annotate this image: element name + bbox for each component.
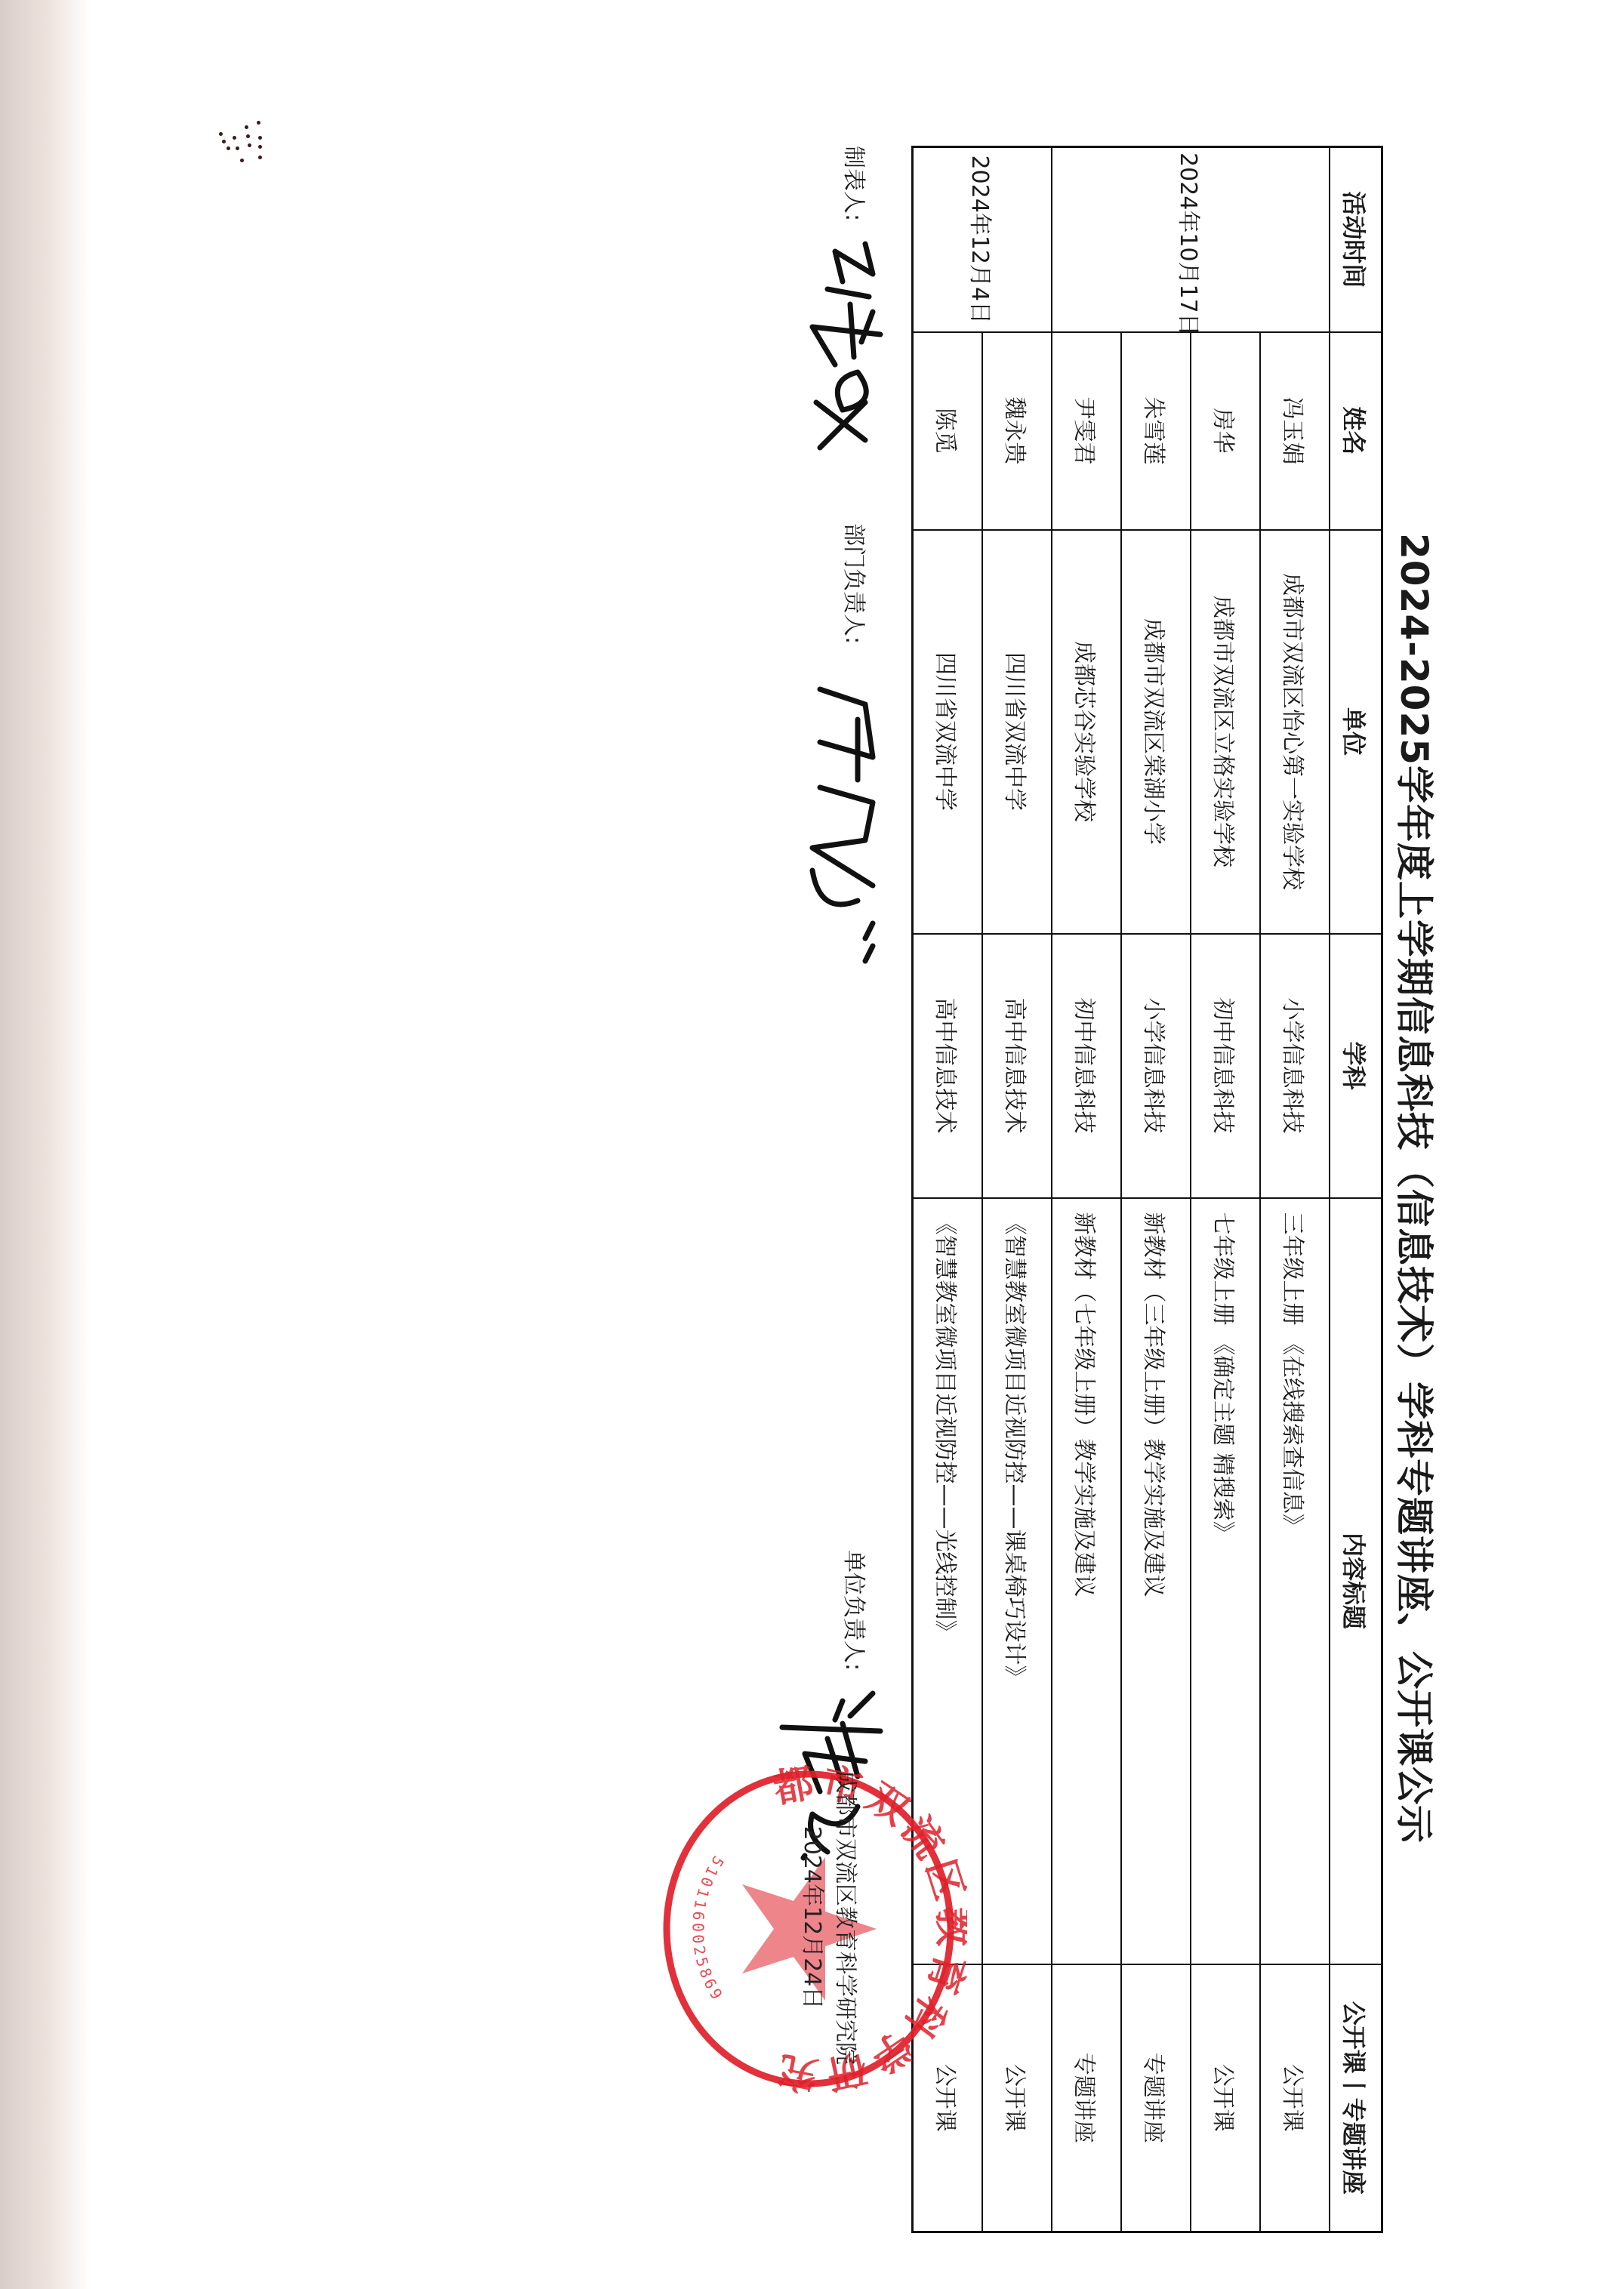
unit-head-label: 单位负责人:: [840, 1550, 873, 1671]
document-title: 2024-2025学年度上学期信息科技（信息技术）学科专题讲座、公开课公示: [1390, 146, 1444, 2231]
type-cell: 公开课: [913, 1964, 983, 2232]
unit-cell: 成都芯谷实验学校: [1052, 530, 1121, 934]
issue-date: 2024年12月24日: [795, 1759, 828, 2076]
content-title-cell: 《智慧教室微项目近视防控——课桌椅巧设计》: [982, 1198, 1052, 1964]
subject-cell: 高中信息技术: [913, 934, 983, 1198]
preparer-label: 制表人:: [840, 146, 873, 221]
name-cell: 房华: [1191, 332, 1260, 530]
name-cell: 魏永贵: [982, 332, 1052, 530]
subject-cell: 初中信息科技: [1191, 934, 1260, 1198]
table-row: 2024年10月17日 冯玉娟 成都市双流区怡心第一实验学校 小学信息科技 三年…: [1260, 147, 1330, 2232]
table-row: 朱雪莲 成都市双流区棠湖小学 小学信息科技 新教材（三年级上册）教学实施及建议 …: [1121, 147, 1191, 2232]
name-cell: 冯玉娟: [1260, 332, 1330, 530]
subject-cell: 高中信息技术: [982, 934, 1052, 1198]
header-time: 活动时间: [1330, 147, 1382, 332]
header-unit: 单位: [1330, 530, 1382, 934]
content-title-cell: 七年级上册 《确定主题 精搜索》: [1191, 1198, 1260, 1964]
table-row: 2024年12月4日 魏永贵 四川省双流中学 高中信息技术 《智慧教室微项目近视…: [982, 147, 1052, 2232]
type-cell: 公开课: [1260, 1964, 1330, 2232]
unit-cell: 成都市双流区立格实验学校: [1191, 530, 1260, 934]
table-row: 陈觅 四川省双流中学 高中信息技术 《智慧教室微项目近视防控——光线控制》 公开…: [913, 147, 983, 2232]
issuer-block: 成都市双流区教育科学研究院 2024年12月24日: [795, 1759, 861, 2076]
name-cell: 陈觅: [913, 332, 983, 530]
subject-cell: 小学信息科技: [1260, 934, 1330, 1198]
subject-cell: 初中信息科技: [1052, 934, 1121, 1198]
issuer-name: 成都市双流区教育科学研究院: [828, 1759, 861, 2076]
header-name: 姓名: [1330, 332, 1382, 530]
content-title-cell: 《智慧教室微项目近视防控——光线控制》: [913, 1198, 983, 1964]
dept-head-label: 部门负责人:: [840, 523, 873, 644]
svg-text:5101160025869: 5101160025869: [689, 1853, 727, 2005]
content-title-cell: 新教材（七年级上册）教学实施及建议: [1052, 1198, 1121, 1964]
table-row: 房华 成都市双流区立格实验学校 初中信息科技 七年级上册 《确定主题 精搜索》 …: [1191, 147, 1260, 2232]
type-cell: 专题讲座: [1121, 1964, 1191, 2232]
subject-cell: 小学信息科技: [1121, 934, 1191, 1198]
rotated-document-page: 2024-2025学年度上学期信息科技（信息技术）学科专题讲座、公开课公示 活动…: [0, 0, 1624, 2289]
unit-cell: 四川省双流中学: [913, 530, 983, 934]
header-subject: 学科: [1330, 934, 1382, 1198]
content-title-cell: 三年级上册 《在线搜索查信息》: [1260, 1198, 1330, 1964]
unit-cell: 四川省双流中学: [982, 530, 1052, 934]
type-cell: 专题讲座: [1052, 1964, 1121, 2232]
date-cell: 2024年10月17日: [1052, 147, 1330, 332]
unit-cell: 成都市双流区棠湖小学: [1121, 530, 1191, 934]
header-type: 公开课丨专题讲座: [1330, 1964, 1382, 2232]
announcement-table: 活动时间 姓名 单位 学科 内容标题 公开课丨专题讲座 2024年10月17日 …: [911, 146, 1383, 2233]
content-title-cell: 新教材（三年级上册）教学实施及建议: [1121, 1198, 1191, 1964]
dept-head-signature: [797, 674, 888, 991]
seal-serial-number: 5101160025869: [689, 1853, 727, 2005]
date-cell: 2024年12月4日: [913, 147, 1052, 332]
header-content-title: 内容标题: [1330, 1198, 1382, 1964]
name-cell: 尹雯君: [1052, 332, 1121, 530]
name-cell: 朱雪莲: [1121, 332, 1191, 530]
type-cell: 公开课: [1191, 1964, 1260, 2232]
table-header-row: 活动时间 姓名 单位 学科 内容标题 公开课丨专题讲座: [1330, 147, 1382, 2232]
type-cell: 公开课: [982, 1964, 1052, 2232]
preparer-signature: [797, 229, 888, 516]
unit-cell: 成都市双流区怡心第一实验学校: [1260, 530, 1330, 934]
table-row: 尹雯君 成都芯谷实验学校 初中信息科技 新教材（七年级上册）教学实施及建议 专题…: [1052, 147, 1121, 2232]
